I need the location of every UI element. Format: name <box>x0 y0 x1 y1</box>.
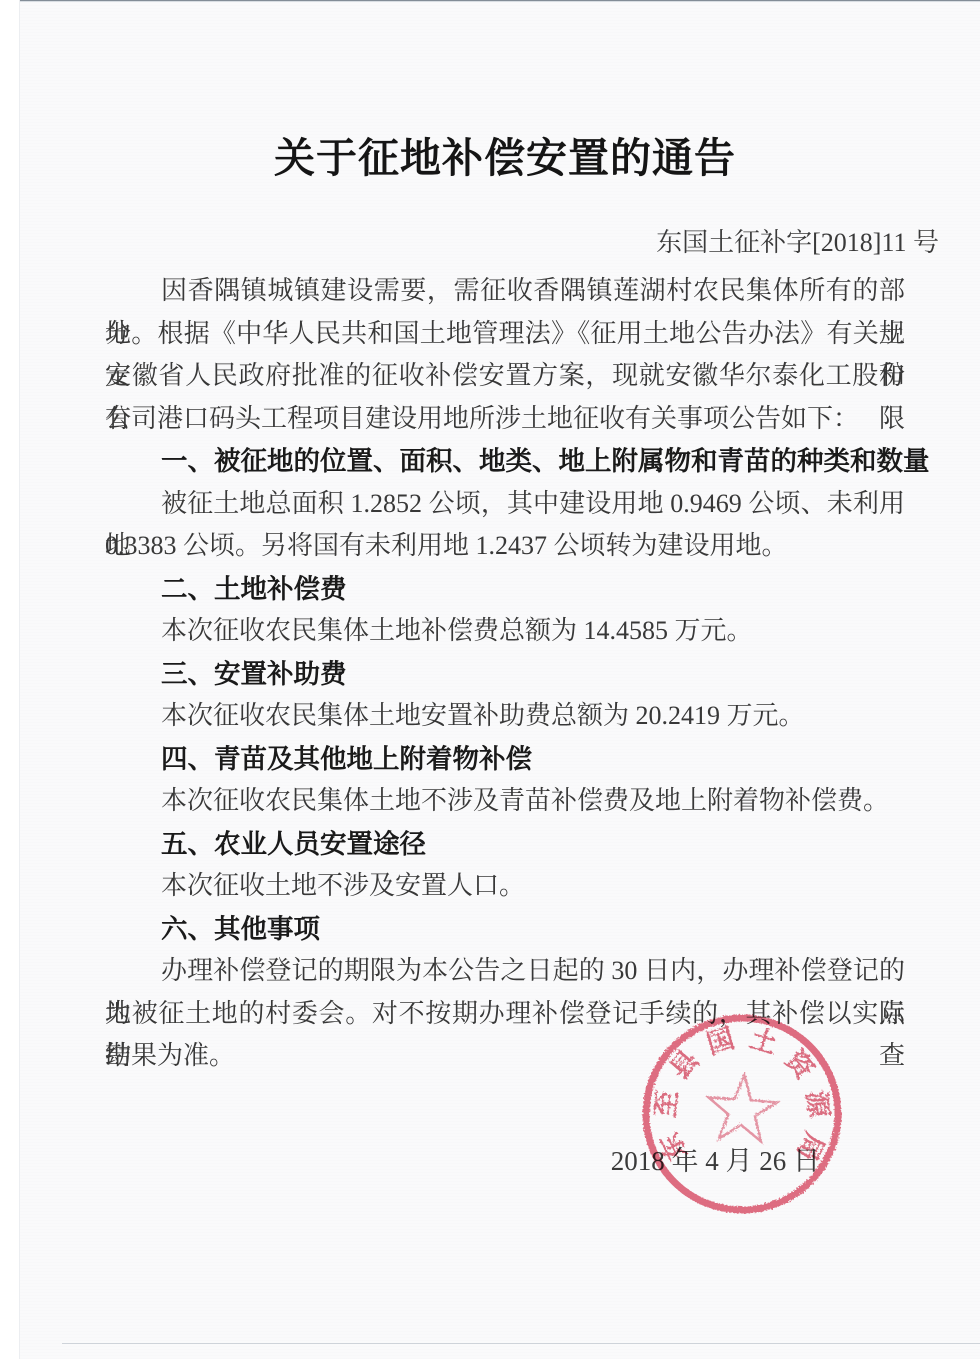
section-heading: 五、农业人员安置途径 <box>105 823 905 866</box>
body-line: 地。根据《中华人民共和国土地管理法》《征用土地公告办法》有关规定和 <box>105 313 905 356</box>
section-heading: 二、土地补偿费 <box>105 568 905 611</box>
body-line: 办理补偿登记的期限为本公告之日起的 30 日内，办理补偿登记的地点 <box>105 950 905 993</box>
section-heading: 三、安置补助费 <box>105 653 905 696</box>
section-heading: 一、被征地的位置、面积、地类、地上附属物和青苗的种类和数量 <box>105 440 905 483</box>
body-line: 因香隅镇城镇建设需要，需征收香隅镇莲湖村农民集体所有的部分土 <box>105 270 905 313</box>
seal-star-icon <box>706 1073 779 1143</box>
scan-edge-bottom <box>62 1343 980 1344</box>
document-body: 因香隅镇城镇建设需要，需征收香隅镇莲湖村农民集体所有的部分土地。根据《中华人民共… <box>105 270 905 1078</box>
section-heading: 四、青苗及其他地上附着物补偿 <box>105 738 905 781</box>
official-seal: 东至县国土资源局 <box>639 1011 845 1217</box>
body-line: 公司港口码头工程项目建设用地所涉土地征收有关事项公告如下： <box>105 398 905 441</box>
body-line: 本次征收农民集体土地安置补助费总额为 20.2419 万元。 <box>105 695 905 738</box>
body-line: 本次征收土地不涉及安置人口。 <box>105 865 905 908</box>
document-number: 东国土征补字[2018]11 号 <box>105 222 939 264</box>
seal-char: 土 <box>746 1023 780 1059</box>
seal-char: 至 <box>650 1089 683 1120</box>
body-line: 0.3383 公顷。另将国有未利用地 1.2437 公顷转为建设用地。 <box>105 525 905 568</box>
scan-edge-top <box>0 0 980 2</box>
section-heading: 六、其他事项 <box>105 908 905 951</box>
body-line: 本次征收农民集体土地补偿费总额为 14.4585 万元。 <box>105 610 905 653</box>
seal-char: 源 <box>801 1089 834 1121</box>
body-line: 被征土地总面积 1.2852 公顷，其中建设用地 0.9469 公顷、未利用地 <box>105 483 905 526</box>
scanned-page: { "document": { "title": "关于征地补偿安置的通告", … <box>0 0 980 1359</box>
body-line: 本次征收农民集体土地不涉及青苗补偿费及地上附着物补偿费。 <box>105 780 905 823</box>
page-title: 关于征地补偿安置的通告 <box>105 128 905 188</box>
seal-char: 国 <box>703 1023 737 1059</box>
body-line: 安徽省人民政府批准的征收补偿安置方案，现就安徽华尔泰化工股份有限 <box>105 355 905 398</box>
